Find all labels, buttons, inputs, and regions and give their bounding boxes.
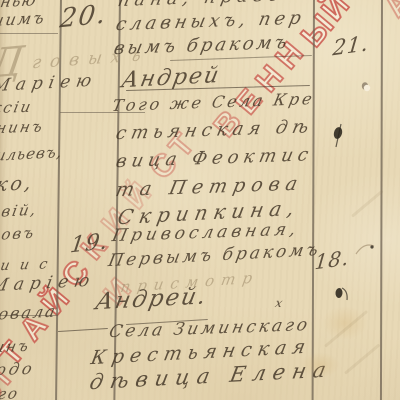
handwriting-entry: 18. [314, 247, 351, 272]
handwriting-entry: и и с [0, 257, 52, 273]
handwriting-entry: 19. [69, 231, 110, 257]
handwriting-entry: шимъ [0, 10, 47, 29]
handwriting-entry: нинъ [0, 119, 45, 136]
paper-hole [364, 85, 370, 91]
handwriting-entry: вица Феоктис [114, 146, 315, 171]
handwriting-entry: ко, [0, 174, 36, 195]
handwriting-entry: 20. [58, 1, 109, 32]
pen-curl-mark [356, 245, 374, 254]
handwriting-entry: одо [0, 361, 36, 378]
ink-blot [335, 288, 343, 299]
handwriting-entry: ковъ [0, 226, 37, 244]
handwriting-entry: вымъ бракомъ [112, 34, 291, 58]
handwriting-entry: Маріею [0, 73, 99, 96]
handwriting-entry: овій, [0, 203, 39, 221]
ink-blot [333, 126, 344, 140]
paper-hole-shadow [362, 82, 368, 89]
ink-speck [370, 245, 373, 248]
handwriting-entry: Андрей. [93, 285, 209, 314]
handwriting-entry: ксіи [0, 100, 34, 117]
handwriting-entry: х [274, 297, 284, 309]
pen-stroke [58, 328, 108, 332]
bleed-through-mark [351, 190, 384, 218]
handwriting-entry: сильевъ, [0, 145, 64, 164]
handwriting-entry: инъ [0, 339, 32, 355]
handwriting-entry: стьянская дѣ [114, 118, 315, 143]
document-scan: ЛТАЙСКИЙСТВЕННЫЙИА ньюшимъДговыхъМаріеюк… [0, 0, 400, 400]
table-rule-horizontal [0, 33, 58, 34]
bleed-through-mark [324, 310, 368, 348]
handwriting-entry: ровала [0, 303, 58, 323]
handwriting-entry: Первымъ бракомъ [107, 242, 323, 270]
ink-blot-tail [342, 288, 347, 300]
table-rule-vertical [379, 0, 382, 400]
handwriting-entry: Того же Села Кре [111, 91, 317, 114]
ink-blot-tail [336, 124, 341, 147]
paper-stain [322, 306, 368, 340]
handwriting-entry: славныхъ, пер [114, 9, 306, 34]
handwriting-entry: 21. [332, 33, 370, 60]
bleed-through-mark [344, 343, 380, 374]
handwriting-entry: го [0, 386, 21, 400]
